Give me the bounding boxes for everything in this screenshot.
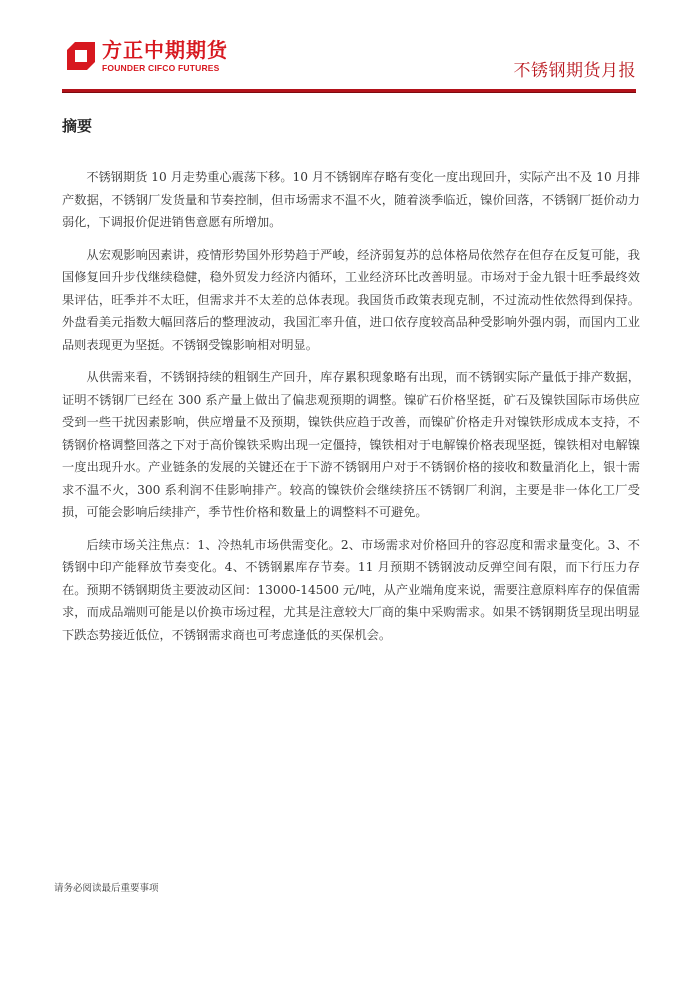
summary-section: 摘要 不锈钢期货 10 月走势重心震荡下移。10 月不锈钢库存略有变化一度出现回… xyxy=(62,112,640,656)
summary-paragraph-2: 从宏观影响因素讲，疫情形势国外形势趋于严峻，经济弱复苏的总体格局依然存在但存在反… xyxy=(62,244,640,357)
disclaimer-note: 请务必阅读最后重要事项 xyxy=(54,880,159,894)
report-title: 不锈钢期货月报 xyxy=(514,56,637,81)
header-divider xyxy=(62,89,636,92)
company-name-cn: 方正中期期货 xyxy=(102,38,228,62)
page-header: 方正中期期货 FOUNDER CIFCO FUTURES 不锈钢期货月报 xyxy=(0,0,700,95)
summary-paragraph-3: 从供需来看，不锈钢持续的粗钢生产回升，库存累积现象略有出现，而不锈钢实际产量低于… xyxy=(62,366,640,524)
summary-paragraph-1: 不锈钢期货 10 月走势重心震荡下移。10 月不锈钢库存略有变化一度出现回升，实… xyxy=(62,166,640,234)
company-logo: 方正中期期货 FOUNDER CIFCO FUTURES xyxy=(66,38,236,78)
section-title: 摘要 xyxy=(62,112,640,136)
founder-cifco-logo-icon xyxy=(66,41,96,71)
summary-paragraph-4: 后续市场关注焦点：1、冷热轧市场供需变化。2、市场需求对价格回升的容忍度和需求量… xyxy=(62,534,640,647)
company-name-en: FOUNDER CIFCO FUTURES xyxy=(102,63,220,73)
